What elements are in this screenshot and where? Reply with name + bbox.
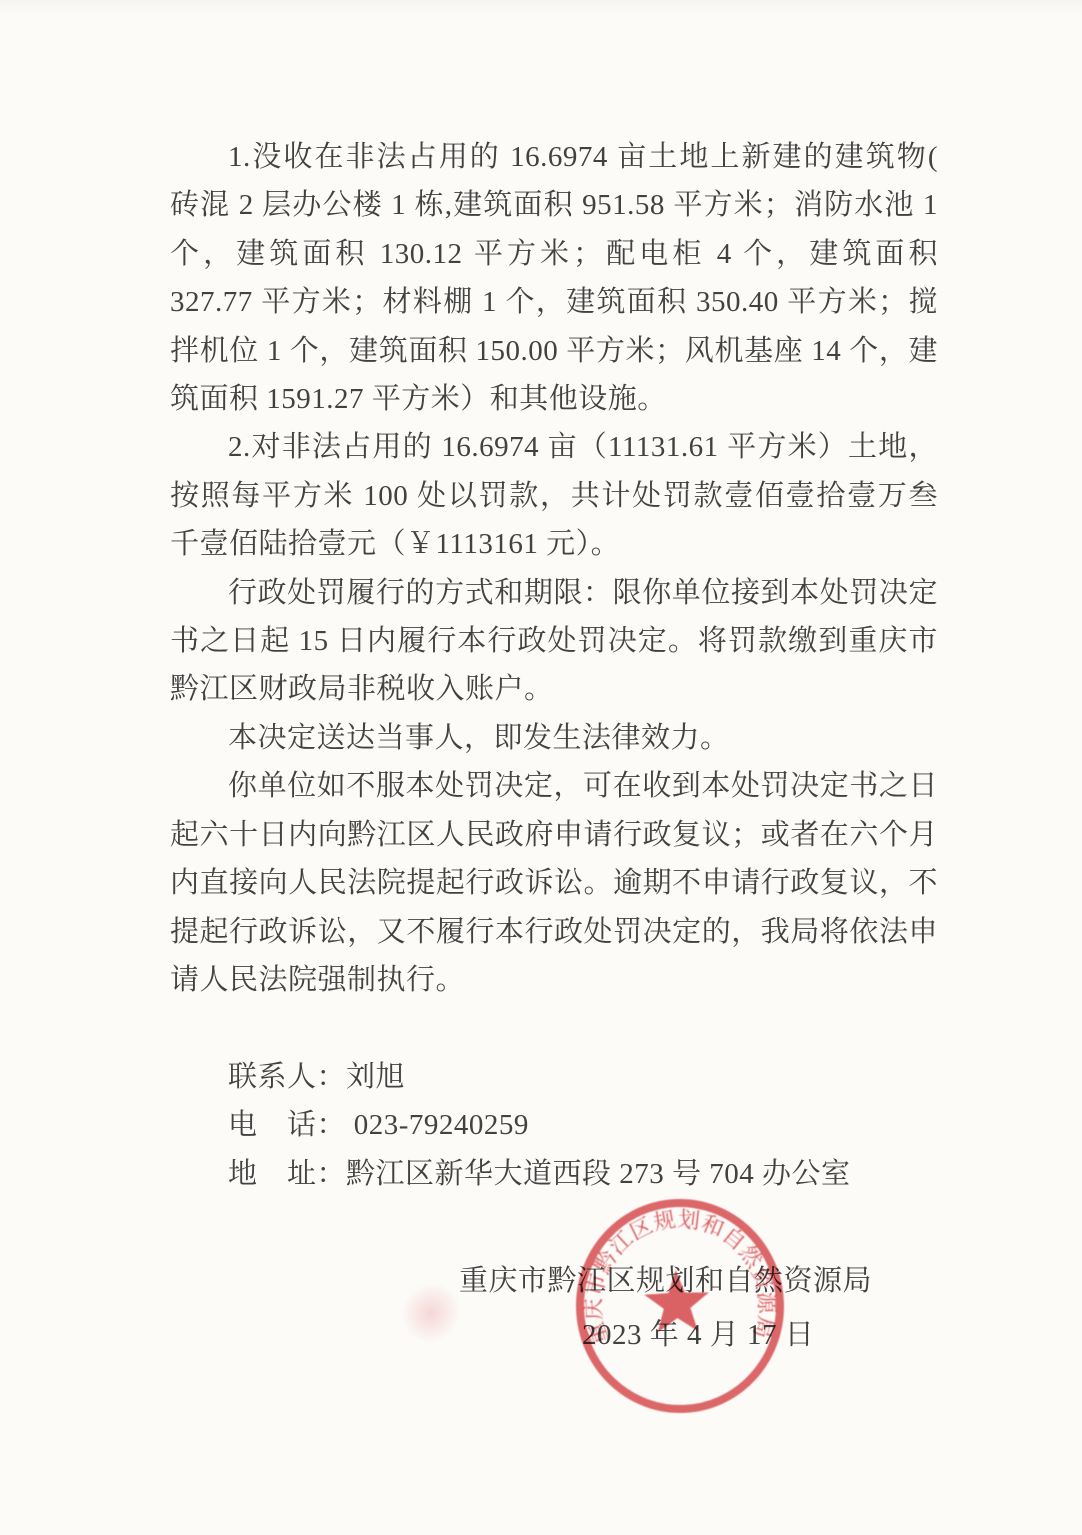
body-paragraph: 行政处罚履行的方式和期限：限你单位接到本处罚决定书之日起 15 日内履行本行政处…: [170, 569, 938, 714]
seal-ring-text: 重庆市黔江区规划和自然资源局: [578, 1203, 781, 1348]
seal-star: [643, 1269, 710, 1333]
document-body: 1.没收在非法占用的 16.6974 亩土地上新建的建筑物( 砖混 2 层办公楼…: [170, 133, 938, 1004]
body-paragraph: 你单位如不服本处罚决定，可在收到本处罚决定书之日起六十日内向黔江区人民政府申请行…: [170, 762, 938, 1004]
body-paragraph: 2.对非法占用的 16.6974 亩（11131.61 平方米）土地，按照每平方…: [170, 423, 938, 568]
contact-block: 联系人：刘旭 电 话： 023-79240259 地 址：黔江区新华大道西段 2…: [170, 1053, 938, 1198]
body-paragraph: 1.没收在非法占用的 16.6974 亩土地上新建的建筑物( 砖混 2 层办公楼…: [170, 133, 938, 423]
official-seal: 重庆市黔江区规划和自然资源局: [566, 1190, 794, 1422]
document-page: 1.没收在非法占用的 16.6974 亩土地上新建的建筑物( 砖混 2 层办公楼…: [0, 0, 1082, 1535]
contact-phone-line: 电 话： 023-79240259: [170, 1101, 938, 1149]
body-paragraph: 本决定送达当事人，即发生法律效力。: [170, 714, 938, 762]
contact-person-line: 联系人：刘旭: [170, 1053, 938, 1101]
contact-address-line: 地 址：黔江区新华大道西段 273 号 704 办公室: [170, 1150, 938, 1198]
